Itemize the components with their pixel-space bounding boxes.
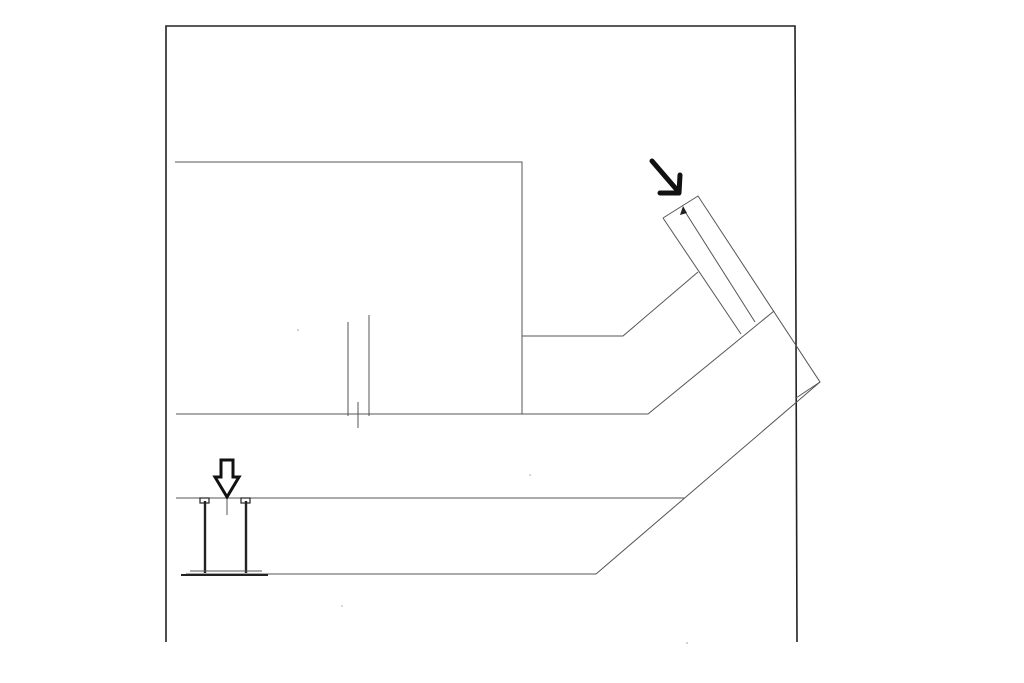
speck: [529, 474, 531, 476]
angled-cap-inner-left: [663, 218, 741, 334]
support-posts: [181, 498, 268, 575]
diagram-svg: [0, 0, 1024, 683]
diagonal-arrow-icon: [652, 161, 680, 193]
diagram-canvas: [0, 0, 1024, 683]
channel-bottom-line: [186, 382, 820, 574]
down-arrow-icon: [215, 460, 239, 497]
channel-middle-line: [176, 311, 774, 414]
speck: [686, 642, 688, 644]
outer-frame: [166, 26, 797, 642]
speck: [297, 329, 299, 331]
channel-upper-step: [522, 272, 698, 336]
speck: [341, 605, 343, 607]
